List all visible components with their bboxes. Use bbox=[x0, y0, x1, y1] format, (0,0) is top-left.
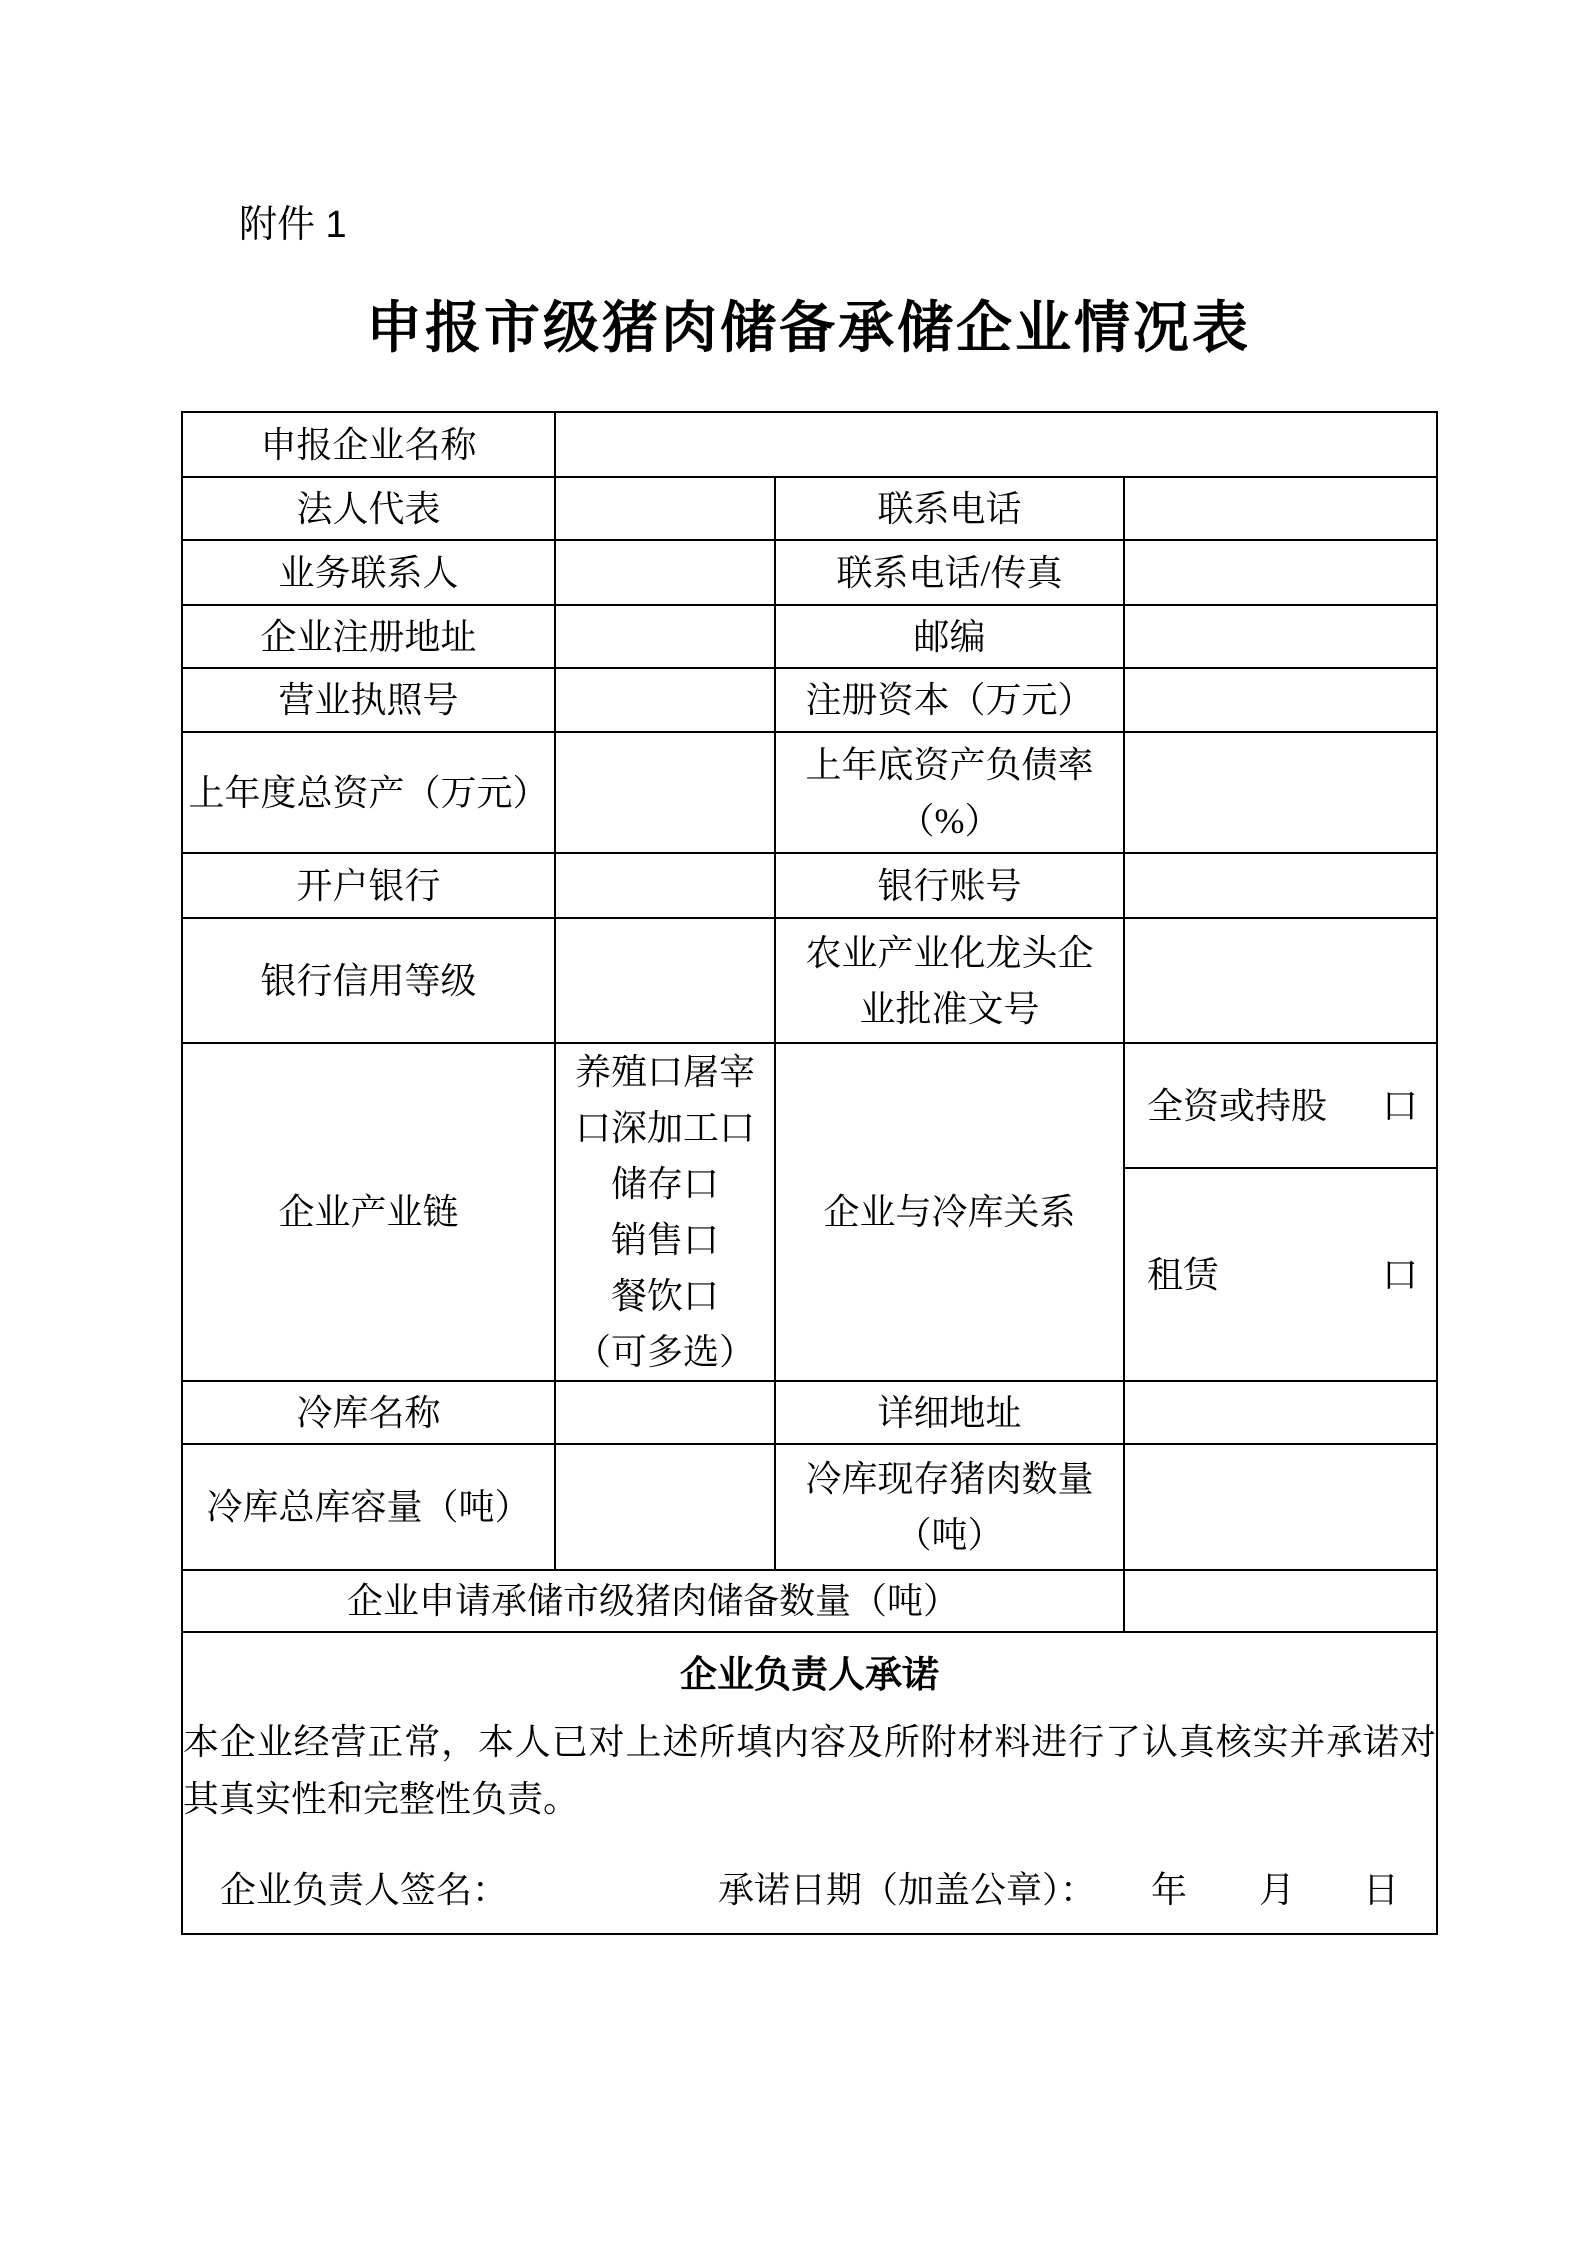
pledge-heading: 企业负责人承诺 bbox=[183, 1648, 1436, 1702]
bank-account-value bbox=[1124, 853, 1437, 918]
coldstore-name-value bbox=[555, 1381, 775, 1444]
application-form-table: 申报企业名称 法人代表 联系电话 业务联系人 联系电话/传真 企业注册地址 邮编… bbox=[181, 411, 1438, 1935]
detailed-address-label: 详细地址 bbox=[775, 1381, 1124, 1444]
pork-stock-value bbox=[1124, 1444, 1437, 1570]
year-label: 年 bbox=[1151, 1870, 1187, 1910]
pledge-section: 企业负责人承诺 本企业经营正常，本人已对上述所填内容及所附材料进行了认真核实并承… bbox=[182, 1632, 1437, 1934]
debt-ratio-label-line1: 上年底资产负债率 bbox=[776, 737, 1123, 793]
relation-option-wholly-owned-row: 全资或持股 口 bbox=[1125, 1078, 1436, 1134]
pork-stock-label: 冷库现存猪肉数量 （吨） bbox=[775, 1444, 1124, 1570]
industry-chain-label: 企业产业链 bbox=[182, 1043, 555, 1381]
total-assets-label: 上年度总资产（万元） bbox=[182, 732, 555, 853]
total-assets-value bbox=[555, 732, 775, 853]
attachment-label: 附件 1 bbox=[239, 203, 347, 247]
registered-address-value bbox=[555, 605, 775, 668]
postal-code-label: 邮编 bbox=[775, 605, 1124, 668]
month-label: 月 bbox=[1259, 1870, 1295, 1910]
credit-rating-value bbox=[555, 918, 775, 1043]
credit-rating-label: 银行信用等级 bbox=[182, 918, 555, 1043]
company-name-value bbox=[555, 412, 1437, 477]
relation-option-lease: 租赁 口 bbox=[1124, 1168, 1437, 1381]
business-license-label: 营业执照号 bbox=[182, 668, 555, 732]
industry-chain-line-storage: 储存口 bbox=[556, 1156, 774, 1212]
industry-chain-line-catering: 餐饮口 bbox=[556, 1268, 774, 1324]
registered-address-label: 企业注册地址 bbox=[182, 605, 555, 668]
coldstore-capacity-label: 冷库总库容量（吨） bbox=[182, 1444, 555, 1570]
postal-code-value bbox=[1124, 605, 1437, 668]
registered-capital-label: 注册资本（万元） bbox=[775, 668, 1124, 732]
leading-enterprise-label-line1: 农业产业化龙头企 bbox=[776, 925, 1123, 981]
industry-chain-options: 养殖口屠宰 口深加工口 储存口 销售口 餐饮口 （可多选） bbox=[555, 1043, 775, 1381]
page-title: 申报市级猪肉储备承储企业情况表 bbox=[181, 296, 1436, 362]
relation-option-wholly-owned: 全资或持股 口 bbox=[1124, 1043, 1437, 1168]
industry-chain-line-multiselect-note: （可多选） bbox=[556, 1324, 774, 1380]
contact-phone-fax-value bbox=[1124, 540, 1437, 605]
contact-phone-value bbox=[1124, 477, 1437, 540]
document-page: 附件 1 申报市级猪肉储备承储企业情况表 申报企业名称 法人代表 联系电话 业务… bbox=[0, 0, 1587, 2245]
day-label: 日 bbox=[1363, 1870, 1399, 1910]
coldstore-capacity-value bbox=[555, 1444, 775, 1570]
business-contact-label: 业务联系人 bbox=[182, 540, 555, 605]
date-label: 承诺日期（加盖公章）： bbox=[718, 1870, 1096, 1910]
application-quantity-label: 企业申请承储市级猪肉储备数量（吨） bbox=[182, 1570, 1124, 1632]
pledge-body: 本企业经营正常，本人已对上述所填内容及所附材料进行了认真核实并承诺对其真实性和完… bbox=[183, 1714, 1436, 1828]
relation-option-lease-row: 租赁 口 bbox=[1125, 1247, 1436, 1303]
checkbox-icon: 口 bbox=[1382, 1078, 1418, 1134]
industry-chain-line-processing: 口深加工口 bbox=[556, 1100, 774, 1156]
bank-value bbox=[555, 853, 775, 918]
bank-label: 开户银行 bbox=[182, 853, 555, 918]
bank-account-label: 银行账号 bbox=[775, 853, 1124, 918]
pledge-signature-row: 企业负责人签名：承诺日期（加盖公章）：年月日 bbox=[183, 1862, 1436, 1918]
contact-phone-fax-label: 联系电话/传真 bbox=[775, 540, 1124, 605]
business-contact-value bbox=[555, 540, 775, 605]
coldstore-relation-label: 企业与冷库关系 bbox=[775, 1043, 1124, 1381]
industry-chain-line-breeding: 养殖口屠宰 bbox=[556, 1044, 774, 1100]
leading-enterprise-label: 农业产业化龙头企 业批准文号 bbox=[775, 918, 1124, 1043]
leading-enterprise-value bbox=[1124, 918, 1437, 1043]
detailed-address-value bbox=[1124, 1381, 1437, 1444]
company-name-label: 申报企业名称 bbox=[182, 412, 555, 477]
debt-ratio-value bbox=[1124, 732, 1437, 853]
pork-stock-label-line2: （吨） bbox=[776, 1507, 1123, 1563]
leading-enterprise-label-line2: 业批准文号 bbox=[776, 981, 1123, 1037]
debt-ratio-label: 上年底资产负债率 （%） bbox=[775, 732, 1124, 853]
coldstore-name-label: 冷库名称 bbox=[182, 1381, 555, 1444]
sign-label: 企业负责人签名： bbox=[220, 1870, 508, 1910]
legal-rep-label: 法人代表 bbox=[182, 477, 555, 540]
contact-phone-label: 联系电话 bbox=[775, 477, 1124, 540]
relation-lease-label: 租赁 bbox=[1147, 1247, 1219, 1303]
application-quantity-value bbox=[1124, 1570, 1437, 1632]
industry-chain-line-sales: 销售口 bbox=[556, 1212, 774, 1268]
registered-capital-value bbox=[1124, 668, 1437, 732]
checkbox-icon: 口 bbox=[1382, 1247, 1418, 1303]
pork-stock-label-line1: 冷库现存猪肉数量 bbox=[776, 1451, 1123, 1507]
legal-rep-value bbox=[555, 477, 775, 540]
business-license-value bbox=[555, 668, 775, 732]
debt-ratio-label-line2: （%） bbox=[776, 793, 1123, 849]
relation-wholly-owned-label: 全资或持股 bbox=[1147, 1078, 1327, 1134]
